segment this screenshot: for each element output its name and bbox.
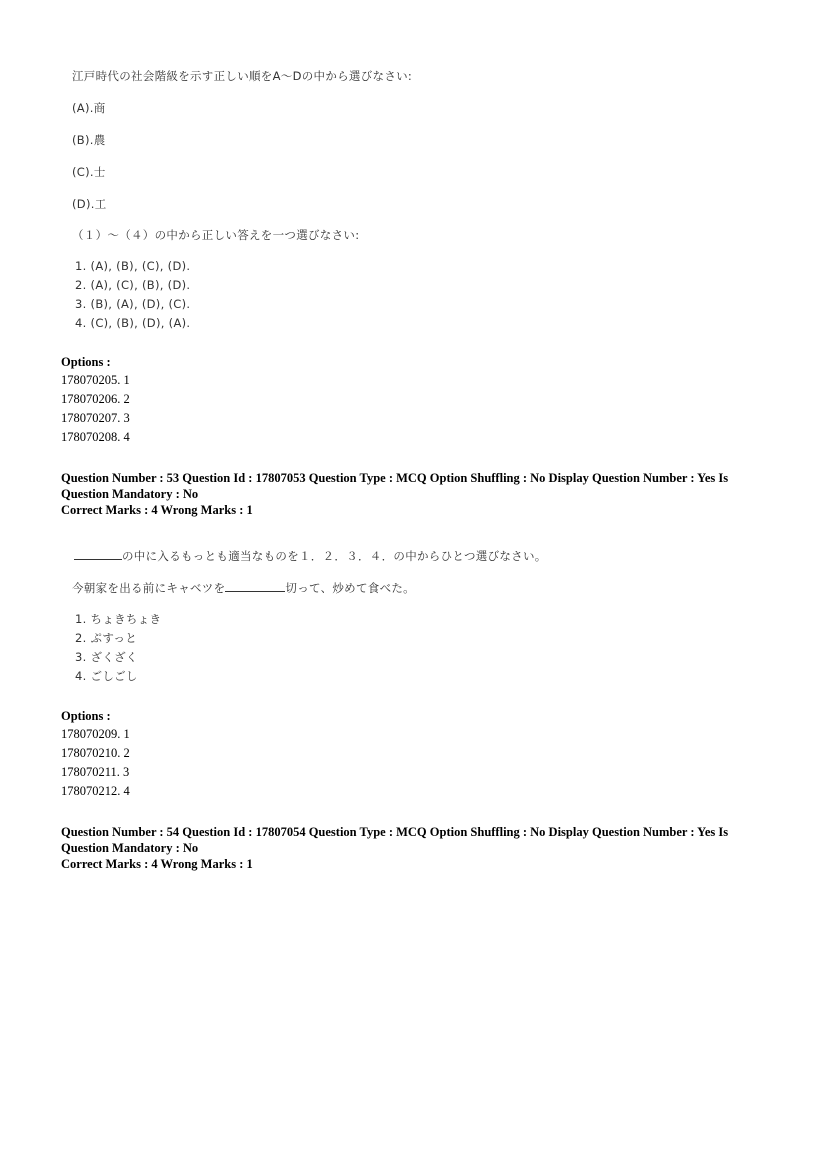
question-53-instruction: の中に入るもっとも適当なものを１．２．３．４．の中からひとつ選びなさい。 xyxy=(122,549,547,563)
question-53-instruction-line: の中に入るもっとも適当なものを１．２．３．４．の中からひとつ選びなさい。 xyxy=(74,548,547,564)
item-value: 農 xyxy=(94,133,106,147)
question-52-item-d: (D).工 xyxy=(72,196,107,212)
question-53-option-4: 178070212. 4 xyxy=(61,784,130,799)
question-53-option-2: 178070210. 2 xyxy=(61,746,130,761)
item-value: 士 xyxy=(94,165,106,179)
question-52-option-2: 178070206. 2 xyxy=(61,392,130,407)
item-label: (C). xyxy=(72,165,94,179)
blank-line xyxy=(74,549,122,560)
item-label: (D). xyxy=(72,197,95,211)
sentence-before: 今朝家を出る前にキャベツを xyxy=(72,581,225,595)
question-52-option-1: 178070205. 1 xyxy=(61,373,130,388)
question-53-choice-4: 4. ごしごし xyxy=(75,668,138,684)
question-53-options-heading: Options : xyxy=(61,709,111,724)
document-page: 江戸時代の社会階級を示す正しい順をA～Dの中から選びなさい: (A).商 (B)… xyxy=(0,0,826,1169)
blank-line xyxy=(225,581,285,592)
question-53-option-3: 178070211. 3 xyxy=(61,765,129,780)
item-label: (A). xyxy=(72,101,94,115)
question-52-choice-2: 2. (A), (C), (B), (D). xyxy=(75,278,190,292)
question-54-marks: Correct Marks : 4 Wrong Marks : 1 xyxy=(61,856,751,872)
question-53-meta-line2: Question Mandatory : No xyxy=(61,486,751,502)
question-52-choice-1: 1. (A), (B), (C), (D). xyxy=(75,259,190,273)
question-52-item-a: (A).商 xyxy=(72,100,106,116)
question-52-option-4: 178070208. 4 xyxy=(61,430,130,445)
question-54-meta: Question Number : 54 Question Id : 17807… xyxy=(61,824,751,872)
question-54-meta-line2: Question Mandatory : No xyxy=(61,840,751,856)
question-52-item-b: (B).農 xyxy=(72,132,106,148)
question-53-meta-line1: Question Number : 53 Question Id : 17807… xyxy=(61,470,751,486)
question-53-choice-3: 3. ざくざく xyxy=(75,649,138,665)
question-52-stem: 江戸時代の社会階級を示す正しい順をA～Dの中から選びなさい: xyxy=(72,68,412,84)
question-53-choice-2: 2. ぷすっと xyxy=(75,630,137,646)
question-53-choice-1: 1. ちょきちょき xyxy=(75,611,161,627)
question-52-choice-3: 3. (B), (A), (D), (C). xyxy=(75,297,190,311)
question-52-option-3: 178070207. 3 xyxy=(61,411,130,426)
question-52-item-c: (C).士 xyxy=(72,164,106,180)
question-52-options-heading: Options : xyxy=(61,355,111,370)
question-53-option-1: 178070209. 1 xyxy=(61,727,130,742)
item-value: 商 xyxy=(94,101,106,115)
question-53-meta: Question Number : 53 Question Id : 17807… xyxy=(61,470,751,518)
item-label: (B). xyxy=(72,133,94,147)
question-54-meta-line1: Question Number : 54 Question Id : 17807… xyxy=(61,824,751,840)
item-value: 工 xyxy=(95,197,107,211)
question-52-choice-4: 4. (C), (B), (D), (A). xyxy=(75,316,190,330)
question-53-sentence: 今朝家を出る前にキャベツを切って、炒めて食べた。 xyxy=(72,580,415,596)
question-53-marks: Correct Marks : 4 Wrong Marks : 1 xyxy=(61,502,751,518)
sentence-after: 切って、炒めて食べた。 xyxy=(285,581,415,595)
question-52-instruction: （１）～（４）の中から正しい答えを一つ選びなさい: xyxy=(72,227,359,243)
